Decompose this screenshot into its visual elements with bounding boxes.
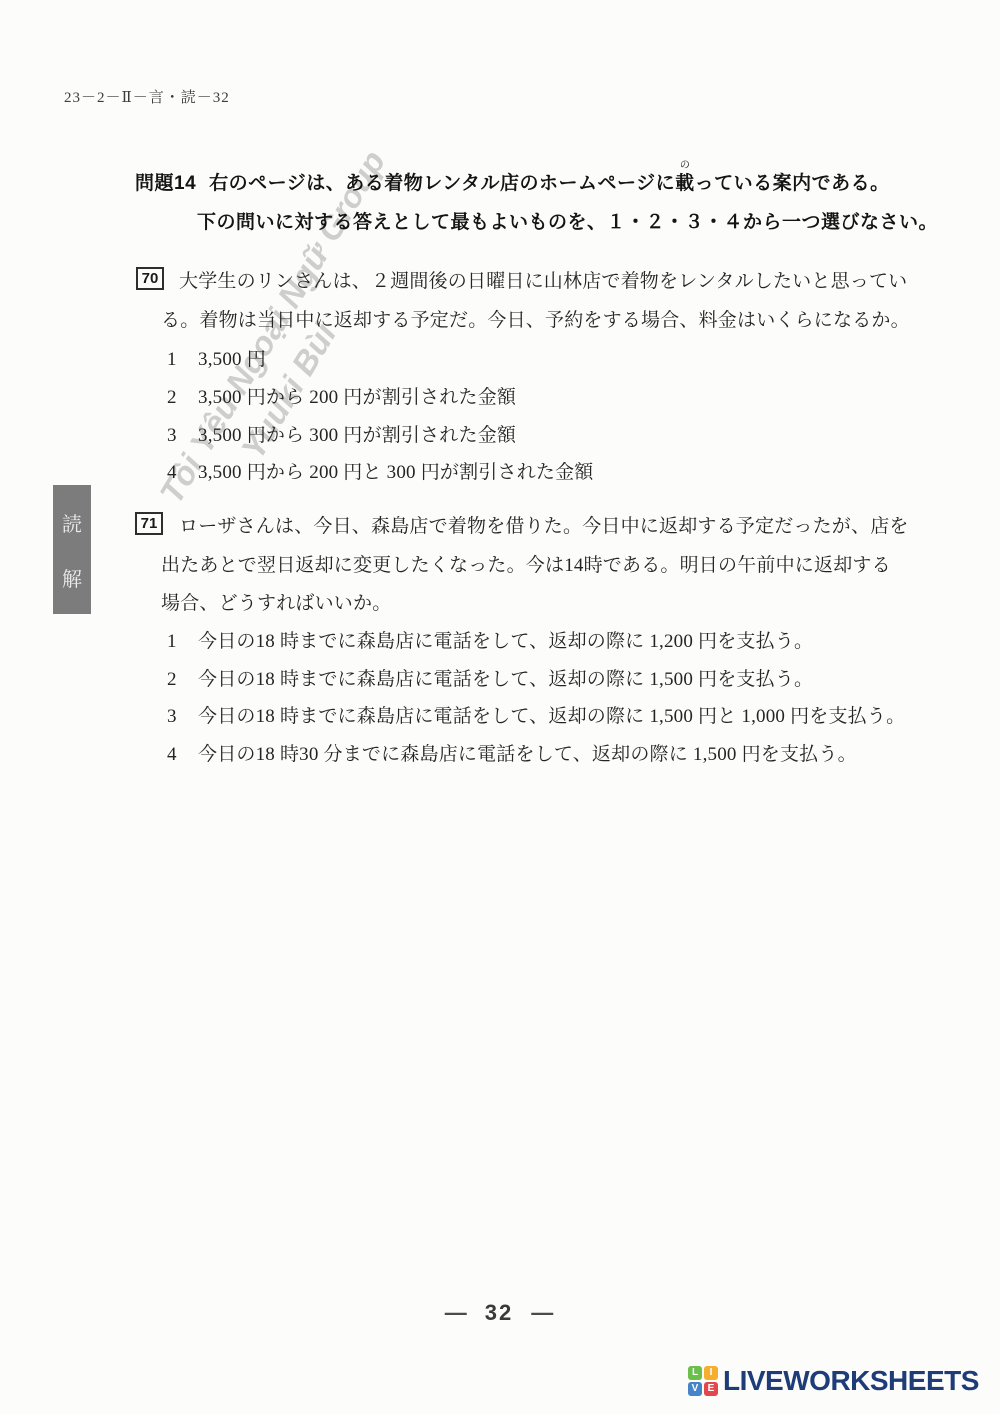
option-number: 1 [167,349,198,371]
logo-tile-i: I [704,1366,718,1380]
question-71-option-3: 3今日の18 時までに森島店に電話をして、返却の際に 1,500 円と 1,00… [167,701,905,728]
question-71-option-4: 4今日の18 時30 分までに森島店に電話をして、返却の際に 1,500 円を支… [167,739,857,766]
option-text: 3,500 円 [198,349,266,370]
page-number: —32— [399,1300,599,1326]
page-number-dash-right: — [531,1300,553,1325]
option-text: 今日の18 時30 分までに森島店に電話をして、返却の際に 1,500 円を支払… [198,744,857,765]
page-number-value: 32 [485,1300,513,1325]
question-71-text-line-3: 場合、どうすればいいか。 [161,588,391,615]
question-70-text-line-1: 大学生のリンさんは、２週間後の日曜日に山林店で着物をレンタルしたいと思ってい [179,266,907,293]
option-number: 4 [167,744,198,766]
liveworksheets-wordmark: LIVEWORKSHEETS [723,1367,979,1395]
option-number: 3 [167,425,198,447]
page-number-dash-left: — [445,1300,467,1325]
tab-char-1: 読 [62,508,82,537]
problem-intro-pre: 右のページは、ある着物レンタル店のホームページに [209,173,675,194]
option-number: 2 [167,669,198,691]
option-text: 3,500 円から 200 円と 300 円が割引された金額 [198,462,594,483]
liveworksheets-grid-icon: L I V E [688,1366,718,1396]
question-70-option-1: 13,500 円 [167,344,266,371]
question-70-option-4: 43,500 円から 200 円と 300 円が割引された金額 [167,457,594,484]
logo-tile-e: E [704,1382,718,1396]
question-70-option-3: 33,500 円から 300 円が割引された金額 [167,420,516,447]
option-text: 3,500 円から 300 円が割引された金額 [198,425,516,446]
scanned-test-page: Tôi Yêu Ngoại Ngữ Group Yuuki Bùi 23－2－Ⅱ… [0,0,1000,1414]
question-71-number-box: 71 [135,512,163,535]
option-text: 3,500 円から 200 円が割引された金額 [198,387,516,408]
problem-intro-post: っている案内である。 [695,173,890,194]
problem-heading-line-1: 問題14右のページは、ある着物レンタル店のホームページに載のっている案内である。 [135,168,890,195]
option-number: 4 [167,462,198,484]
ruby-kanji: 載の [675,168,695,195]
problem-number-label: 問題14 [135,173,196,194]
question-71-text-line-2: 出たあとで翌日返却に変更したくなった。今は14時である。明日の午前中に返却する [161,550,891,577]
question-70-option-2: 23,500 円から 200 円が割引された金額 [167,382,516,409]
option-number: 3 [167,706,198,728]
option-number: 1 [167,631,198,653]
problem-heading-line-2: 下の問いに対する答えとして最もよいものを、１・２・３・４から一つ選びなさい。 [197,207,938,234]
question-71-text-line-1: ローザさんは、今日、森島店で着物を借りた。今日中に返却する予定だったが、店を [179,511,909,538]
option-text: 今日の18 時までに森島店に電話をして、返却の際に 1,200 円を支払う。 [198,631,813,652]
question-70-number-box: 70 [136,267,164,290]
tab-char-2: 解 [62,563,82,592]
option-text: 今日の18 時までに森島店に電話をして、返却の際に 1,500 円と 1,000… [198,706,905,727]
liveworksheets-logo[interactable]: L I V E LIVEWORKSHEETS [688,1366,979,1396]
document-header-code: 23－2－Ⅱ－言・読－32 [64,86,230,107]
furigana: の [680,156,690,171]
question-71-option-1: 1今日の18 時までに森島店に電話をして、返却の際に 1,200 円を支払う。 [167,626,813,653]
logo-tile-v: V [688,1382,702,1396]
section-tab-dokkai: 読 解 [53,485,91,614]
option-text: 今日の18 時までに森島店に電話をして、返却の際に 1,500 円を支払う。 [198,669,813,690]
question-71-option-2: 2今日の18 時までに森島店に電話をして、返却の際に 1,500 円を支払う。 [167,664,813,691]
question-70-text-line-2: る。着物は当日中に返却する予定だ。今日、予約をする場合、料金はいくらになるか。 [161,305,910,332]
option-number: 2 [167,387,198,409]
logo-tile-l: L [688,1366,702,1380]
